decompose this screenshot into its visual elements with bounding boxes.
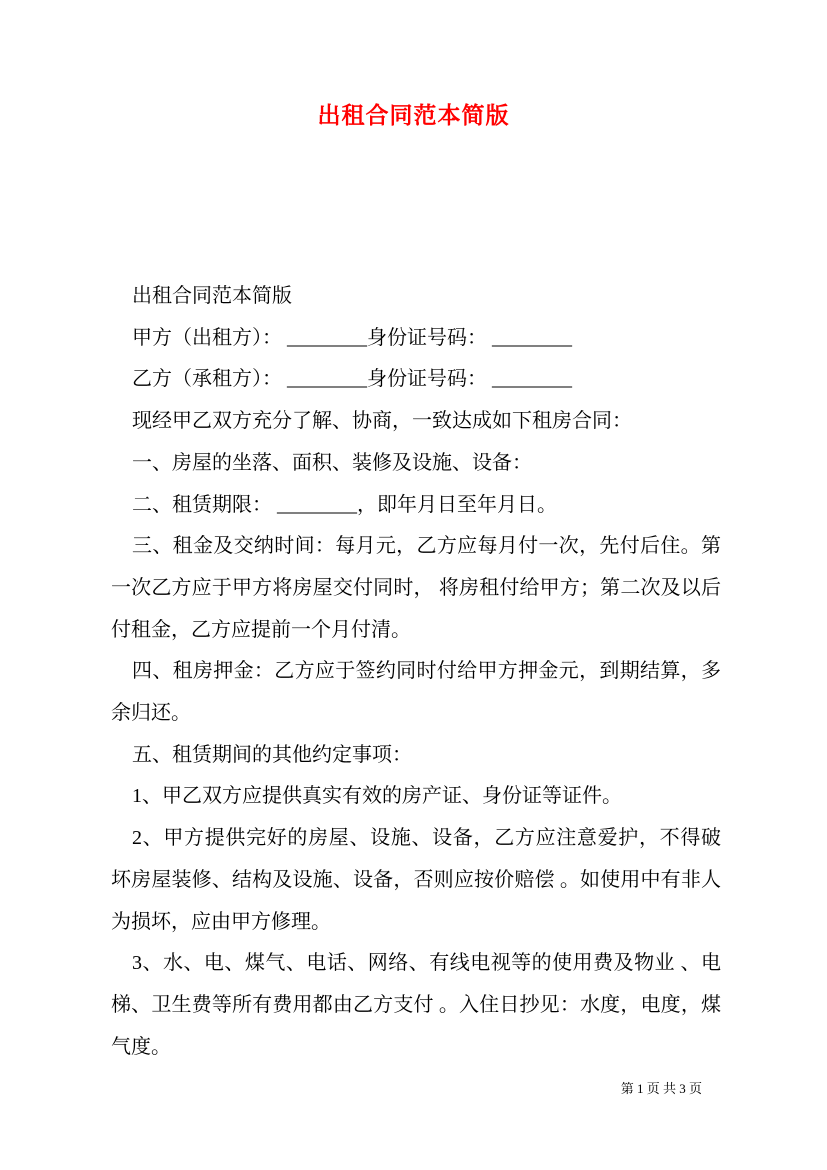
paragraph: 三、租金及交纳时间：每月元，乙方应每月付一次，先付后住。第一次乙方应于甲方将房屋… <box>111 526 721 651</box>
paragraph: 一、房屋的坐落、面积、装修及设施、设备： <box>111 443 721 485</box>
document-page: 出租合同范本简版 出租合同范本简版甲方（出租方）： ________身份证号码：… <box>0 0 827 1170</box>
document-title: 出租合同范本简版 <box>0 98 827 134</box>
document-body: 出租合同范本简版甲方（出租方）： ________身份证号码： ________… <box>111 276 721 1068</box>
paragraph: 乙方（承租方）： ________身份证号码： ________ <box>111 359 721 401</box>
page-number-footer: 第 1 页 共 3 页 <box>621 1081 702 1097</box>
paragraph: 四、租房押金：乙方应于签约同时付给甲方押金元，到期结算，多余归还。 <box>111 651 721 734</box>
paragraph: 现经甲乙双方充分了解、协商，一致达成如下租房合同： <box>111 401 721 443</box>
paragraph: 3、水、电、煤气、电话、网络、有线电视等的使用费及物业 、电梯、卫生费等所有费用… <box>111 943 721 1068</box>
paragraph: 甲方（出租方）： ________身份证号码： ________ <box>111 318 721 360</box>
paragraph: 出租合同范本简版 <box>111 276 721 318</box>
paragraph: 二、租赁期限： ________，即年月日至年月日。 <box>111 485 721 527</box>
paragraph: 五、租赁期间的其他约定事项： <box>111 735 721 777</box>
paragraph: 2、甲方提供完好的房屋、设施、设备，乙方应注意爱护，不得破坏房屋装修、结构及设施… <box>111 818 721 943</box>
paragraph: 1、甲乙双方应提供真实有效的房产证、身份证等证件。 <box>111 776 721 818</box>
